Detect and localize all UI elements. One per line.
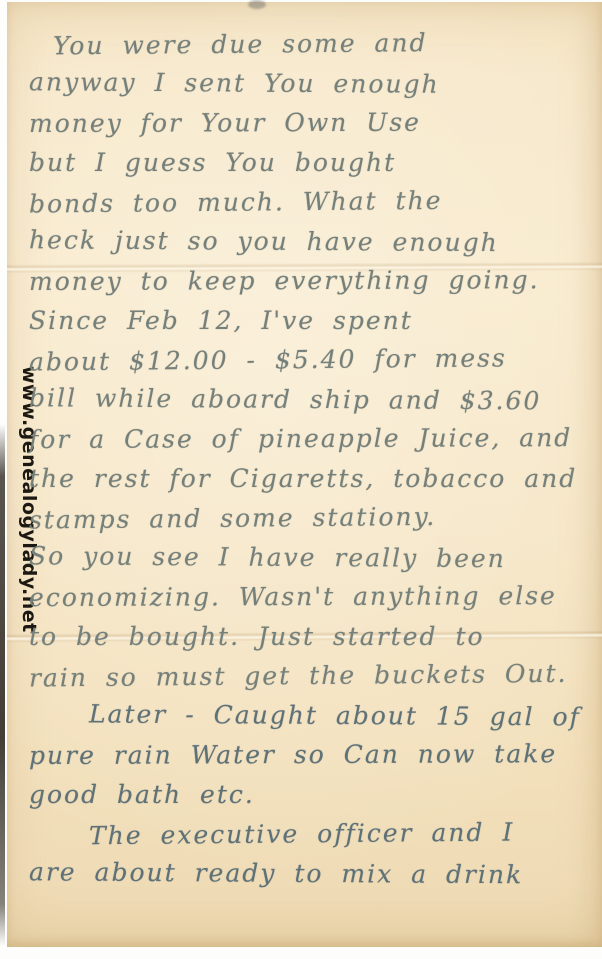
letter-line: economizing. Wasn't anything else	[29, 576, 601, 617]
letter-line: So you see I have really been	[29, 536, 601, 579]
letter-line: money to keep everything going.	[29, 260, 601, 301]
letter-line: Since Feb 12, I've spent	[29, 301, 601, 341]
letter-line: Later - Caught about 15 gal of	[89, 694, 601, 737]
letter-line: You were due some and	[53, 22, 601, 66]
letter-line: anyway I sent You enough	[29, 62, 601, 105]
scanned-letter-page: www.genealogylady.net You were due some …	[0, 0, 602, 959]
letter-line: are about ready to mix a drink	[29, 852, 601, 895]
letter-line: stamps and some stationy.	[29, 496, 601, 540]
letter-line: bill while aboard ship and $3.60	[29, 378, 601, 421]
letter-line: about $12.00 - $5.40 for mess	[29, 338, 601, 382]
letter-line: to be bought. Just started to	[29, 617, 601, 657]
scan-edge-shadow	[0, 424, 5, 946]
scan-smudge	[248, 0, 266, 9]
letter-paper: www.genealogylady.net You were due some …	[7, 2, 602, 947]
letter-text: You were due some and anyway I sent You …	[29, 24, 601, 893]
letter-line: pure rain Water so Can now take	[29, 734, 601, 775]
letter-line: for a Case of pineapple Juice, and	[29, 418, 601, 459]
letter-line: money for Your Own Use	[29, 102, 601, 143]
letter-line: but I guess You bought	[29, 143, 601, 183]
letter-line: bonds too much. What the	[29, 180, 601, 224]
letter-line: heck just so you have enough	[29, 220, 601, 263]
letter-line: rain so must get the buckets Out.	[29, 654, 601, 698]
letter-line: good bath etc.	[29, 775, 601, 815]
letter-line: the rest for Cigaretts, tobacco and	[29, 459, 601, 499]
letter-line: The executive officer and I	[89, 812, 601, 856]
